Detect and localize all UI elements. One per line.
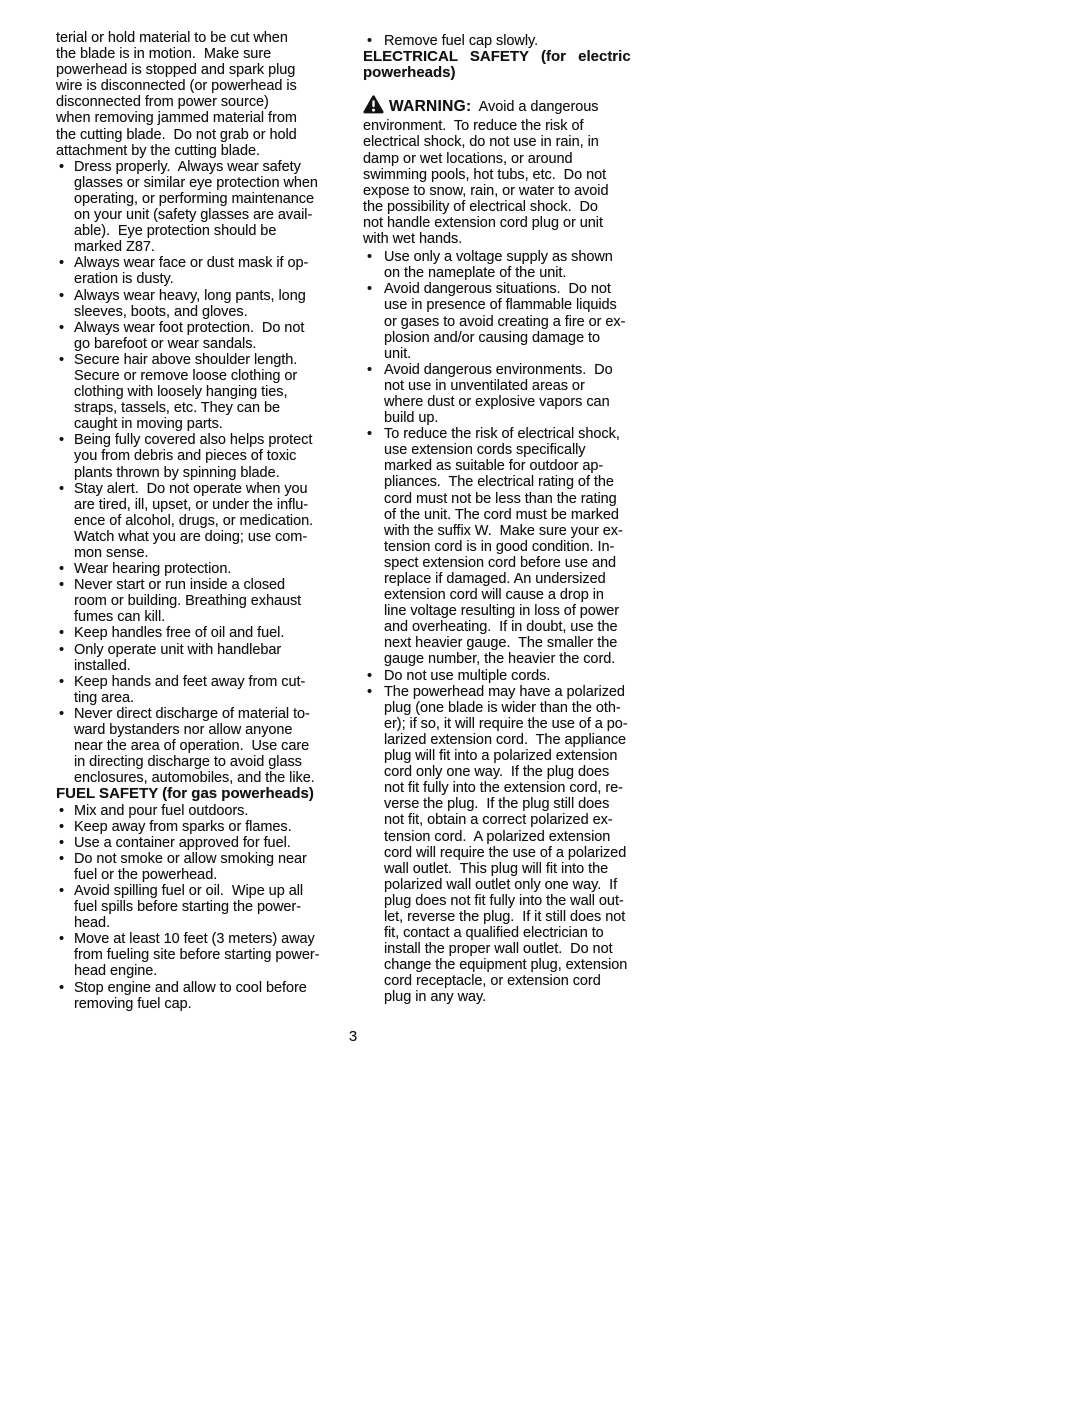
bullet-text: Avoid dangerous situations. Do not use i…	[384, 281, 650, 361]
bullet-text: Only operate unit with handlebar install…	[74, 642, 340, 674]
bullet-item: •Always wear face or dust mask if op- er…	[56, 255, 340, 287]
bullet-glyph: •	[56, 432, 74, 448]
bullet-text: Mix and pour fuel outdoors.	[74, 803, 340, 819]
manual-page: terial or hold material to be cut when t…	[0, 0, 1080, 1403]
left-column: terial or hold material to be cut when t…	[56, 30, 340, 1012]
bullet-text: Never start or run inside a closed room …	[74, 577, 340, 625]
bullet-text: Dress properly. Always wear safety glass…	[74, 159, 340, 256]
bullet-item: •Remove fuel cap slowly.	[363, 33, 650, 49]
bullet-text: Stay alert. Do not operate when you are …	[74, 481, 340, 561]
warning-label: WARNING:	[389, 98, 471, 115]
bullet-glyph: •	[363, 684, 384, 700]
bullet-glyph: •	[56, 577, 74, 593]
bullet-glyph: •	[56, 352, 74, 368]
bullet-item: •Dress properly. Always wear safety glas…	[56, 159, 340, 256]
bullet-glyph: •	[56, 625, 74, 641]
bullet-text: To reduce the risk of electrical shock, …	[384, 426, 650, 667]
bullet-item: •Secure hair above shoulder length. Secu…	[56, 352, 340, 432]
bullet-glyph: •	[56, 255, 74, 271]
bullet-item: •Only operate unit with handlebar instal…	[56, 642, 340, 674]
fuel-safety-heading: FUEL SAFETY (for gas powerheads)	[56, 786, 340, 802]
bullet-text: Keep hands and feet away from cut- ting …	[74, 674, 340, 706]
warning-text: Avoid a dangerous environment. To reduce…	[363, 99, 609, 247]
bullet-item: •The powerhead may have a polarized plug…	[363, 684, 650, 1006]
bullet-glyph: •	[56, 835, 74, 851]
bullet-text: Avoid spilling fuel or oil. Wipe up all …	[74, 883, 340, 931]
warning-paragraph: WARNING: Avoid a dangerous environment. …	[363, 95, 650, 247]
page-number: 3	[56, 1028, 650, 1045]
bullet-item: •Avoid dangerous situations. Do not use …	[363, 281, 650, 361]
bullet-glyph: •	[56, 288, 74, 304]
fuel-safety-bullet-list-continued: •Remove fuel cap slowly.	[363, 33, 650, 49]
bullet-text: Never direct discharge of material to- w…	[74, 706, 340, 786]
bullet-text: Wear hearing protection.	[74, 561, 340, 577]
bullet-item: •Stop engine and allow to cool before re…	[56, 980, 340, 1012]
bullet-glyph: •	[56, 883, 74, 899]
bullet-text: Keep away from sparks or flames.	[74, 819, 340, 835]
bullet-text: Avoid dangerous environments. Do not use…	[384, 362, 650, 426]
bullet-item: •Do not use multiple cords.	[363, 668, 650, 684]
bullet-glyph: •	[56, 561, 74, 577]
bullet-item: •Move at least 10 feet (3 meters) away f…	[56, 931, 340, 979]
bullet-glyph: •	[363, 33, 384, 49]
bullet-item: •Keep handles free of oil and fuel.	[56, 625, 340, 641]
bullet-text: Stop engine and allow to cool before rem…	[74, 980, 340, 1012]
bullet-item: •Avoid dangerous environments. Do not us…	[363, 362, 650, 426]
bullet-text: Remove fuel cap slowly.	[384, 33, 650, 49]
electrical-safety-heading: ELECTRICAL SAFETY (for electric powerhea…	[363, 49, 650, 81]
bullet-item: •Stay alert. Do not operate when you are…	[56, 481, 340, 561]
bullet-text: Use a container approved for fuel.	[74, 835, 340, 851]
bullet-item: •Mix and pour fuel outdoors.	[56, 803, 340, 819]
bullet-text: Move at least 10 feet (3 meters) away fr…	[74, 931, 340, 979]
bullet-item: •Do not smoke or allow smoking near fuel…	[56, 851, 340, 883]
right-column: •Remove fuel cap slowly. ELECTRICAL SAFE…	[363, 33, 650, 1006]
bullet-glyph: •	[56, 931, 74, 947]
bullet-item: •Always wear foot protection. Do not go …	[56, 320, 340, 352]
bullet-glyph: •	[56, 159, 74, 175]
bullet-text: The powerhead may have a polarized plug …	[384, 684, 650, 1006]
electrical-safety-bullet-list: •Use only a voltage supply as shown on t…	[363, 249, 650, 1005]
warning-triangle-icon	[363, 95, 384, 118]
bullet-glyph: •	[56, 320, 74, 336]
bullet-item: •Being fully covered also helps protect …	[56, 432, 340, 480]
bullet-glyph: •	[56, 642, 74, 658]
bullet-text: Keep handles free of oil and fuel.	[74, 625, 340, 641]
bullet-item: •To reduce the risk of electrical shock,…	[363, 426, 650, 667]
bullet-text: Always wear foot protection. Do not go b…	[74, 320, 340, 352]
bullet-text: Always wear face or dust mask if op- era…	[74, 255, 340, 287]
bullet-glyph: •	[363, 362, 384, 378]
bullet-item: •Keep hands and feet away from cut- ting…	[56, 674, 340, 706]
bullet-item: •Always wear heavy, long pants, long sle…	[56, 288, 340, 320]
bullet-text: Always wear heavy, long pants, long slee…	[74, 288, 340, 320]
bullet-glyph: •	[56, 674, 74, 690]
bullet-glyph: •	[56, 803, 74, 819]
bullet-item: •Use a container approved for fuel.	[56, 835, 340, 851]
bullet-glyph: •	[56, 980, 74, 996]
bullet-item: •Avoid spilling fuel or oil. Wipe up all…	[56, 883, 340, 931]
bullet-text: Do not use multiple cords.	[384, 668, 650, 684]
bullet-glyph: •	[56, 706, 74, 722]
bullet-item: •Keep away from sparks or flames.	[56, 819, 340, 835]
general-safety-bullet-list: •Dress properly. Always wear safety glas…	[56, 159, 340, 787]
bullet-glyph: •	[363, 249, 384, 265]
fuel-safety-bullet-list: •Mix and pour fuel outdoors.•Keep away f…	[56, 803, 340, 1012]
continued-paragraph: terial or hold material to be cut when t…	[56, 30, 340, 159]
bullet-item: •Wear hearing protection.	[56, 561, 340, 577]
bullet-text: Do not smoke or allow smoking near fuel …	[74, 851, 340, 883]
bullet-text: Secure hair above shoulder length. Secur…	[74, 352, 340, 432]
bullet-glyph: •	[363, 426, 384, 442]
bullet-glyph: •	[363, 668, 384, 684]
bullet-glyph: •	[56, 851, 74, 867]
bullet-glyph: •	[56, 481, 74, 497]
bullet-item: •Use only a voltage supply as shown on t…	[363, 249, 650, 281]
bullet-item: •Never start or run inside a closed room…	[56, 577, 340, 625]
bullet-text: Being fully covered also helps protect y…	[74, 432, 340, 480]
bullet-item: •Never direct discharge of material to- …	[56, 706, 340, 786]
bullet-glyph: •	[363, 281, 384, 297]
bullet-glyph: •	[56, 819, 74, 835]
bullet-text: Use only a voltage supply as shown on th…	[384, 249, 650, 281]
